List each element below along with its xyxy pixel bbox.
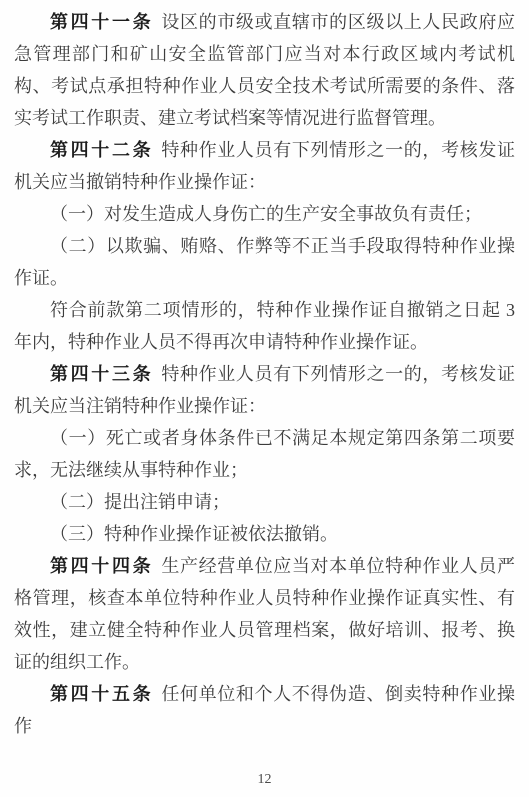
article-41-number: 第四十一条: [50, 12, 153, 32]
paragraph-article-42-proviso: 符合前款第二项情形的，特种作业操作证自撤销之日起 3 年内，特种作业人员不得再次…: [14, 294, 515, 358]
document-page: 第四十一条设区的市级或直辖市的区级以上人民政府应急管理部门和矿山安全监管部门应当…: [0, 0, 529, 797]
paragraph-article-42-item-1: （一）对发生造成人身伤亡的生产安全事故负有责任；: [14, 198, 515, 230]
article-43-number: 第四十三条: [50, 364, 153, 384]
article-42-item-2-text: （二）以欺骗、贿赂、作弊等不正当手段取得特种作业操作证。: [14, 236, 515, 288]
document-body: 第四十一条设区的市级或直辖市的区级以上人民政府应急管理部门和矿山安全监管部门应当…: [14, 6, 515, 742]
paragraph-article-41: 第四十一条设区的市级或直辖市的区级以上人民政府应急管理部门和矿山安全监管部门应当…: [14, 6, 515, 134]
article-45-number: 第四十五条: [50, 684, 153, 704]
article-42-item-1-text: （一）对发生造成人身伤亡的生产安全事故负有责任；: [50, 204, 482, 224]
paragraph-article-43-item-2: （二）提出注销申请；: [14, 486, 515, 518]
paragraph-article-43-item-1: （一）死亡或者身体条件已不满足本规定第四条第二项要求，无法继续从事特种作业；: [14, 422, 515, 486]
paragraph-article-45: 第四十五条任何单位和个人不得伪造、倒卖特种作业操作: [14, 678, 515, 742]
page-number: 12: [0, 772, 529, 788]
article-43-item-1-text: （一）死亡或者身体条件已不满足本规定第四条第二项要求，无法继续从事特种作业；: [14, 428, 515, 480]
article-43-item-3-text: （三）特种作业操作证被依法撤销。: [50, 524, 338, 544]
paragraph-article-42: 第四十二条特种作业人员有下列情形之一的，考核发证机关应当撤销特种作业操作证：: [14, 134, 515, 198]
article-42-number: 第四十二条: [50, 140, 153, 160]
article-42-proviso-text: 符合前款第二项情形的，特种作业操作证自撤销之日起 3 年内，特种作业人员不得再次…: [14, 300, 515, 352]
paragraph-article-43: 第四十三条特种作业人员有下列情形之一的，考核发证机关应当注销特种作业操作证：: [14, 358, 515, 422]
paragraph-article-42-item-2: （二）以欺骗、贿赂、作弊等不正当手段取得特种作业操作证。: [14, 230, 515, 294]
paragraph-article-44: 第四十四条生产经营单位应当对本单位特种作业人员严格管理，核查本单位特种作业人员特…: [14, 550, 515, 678]
article-44-number: 第四十四条: [50, 556, 153, 576]
article-43-item-2-text: （二）提出注销申请；: [50, 492, 230, 512]
paragraph-article-43-item-3: （三）特种作业操作证被依法撤销。: [14, 518, 515, 550]
